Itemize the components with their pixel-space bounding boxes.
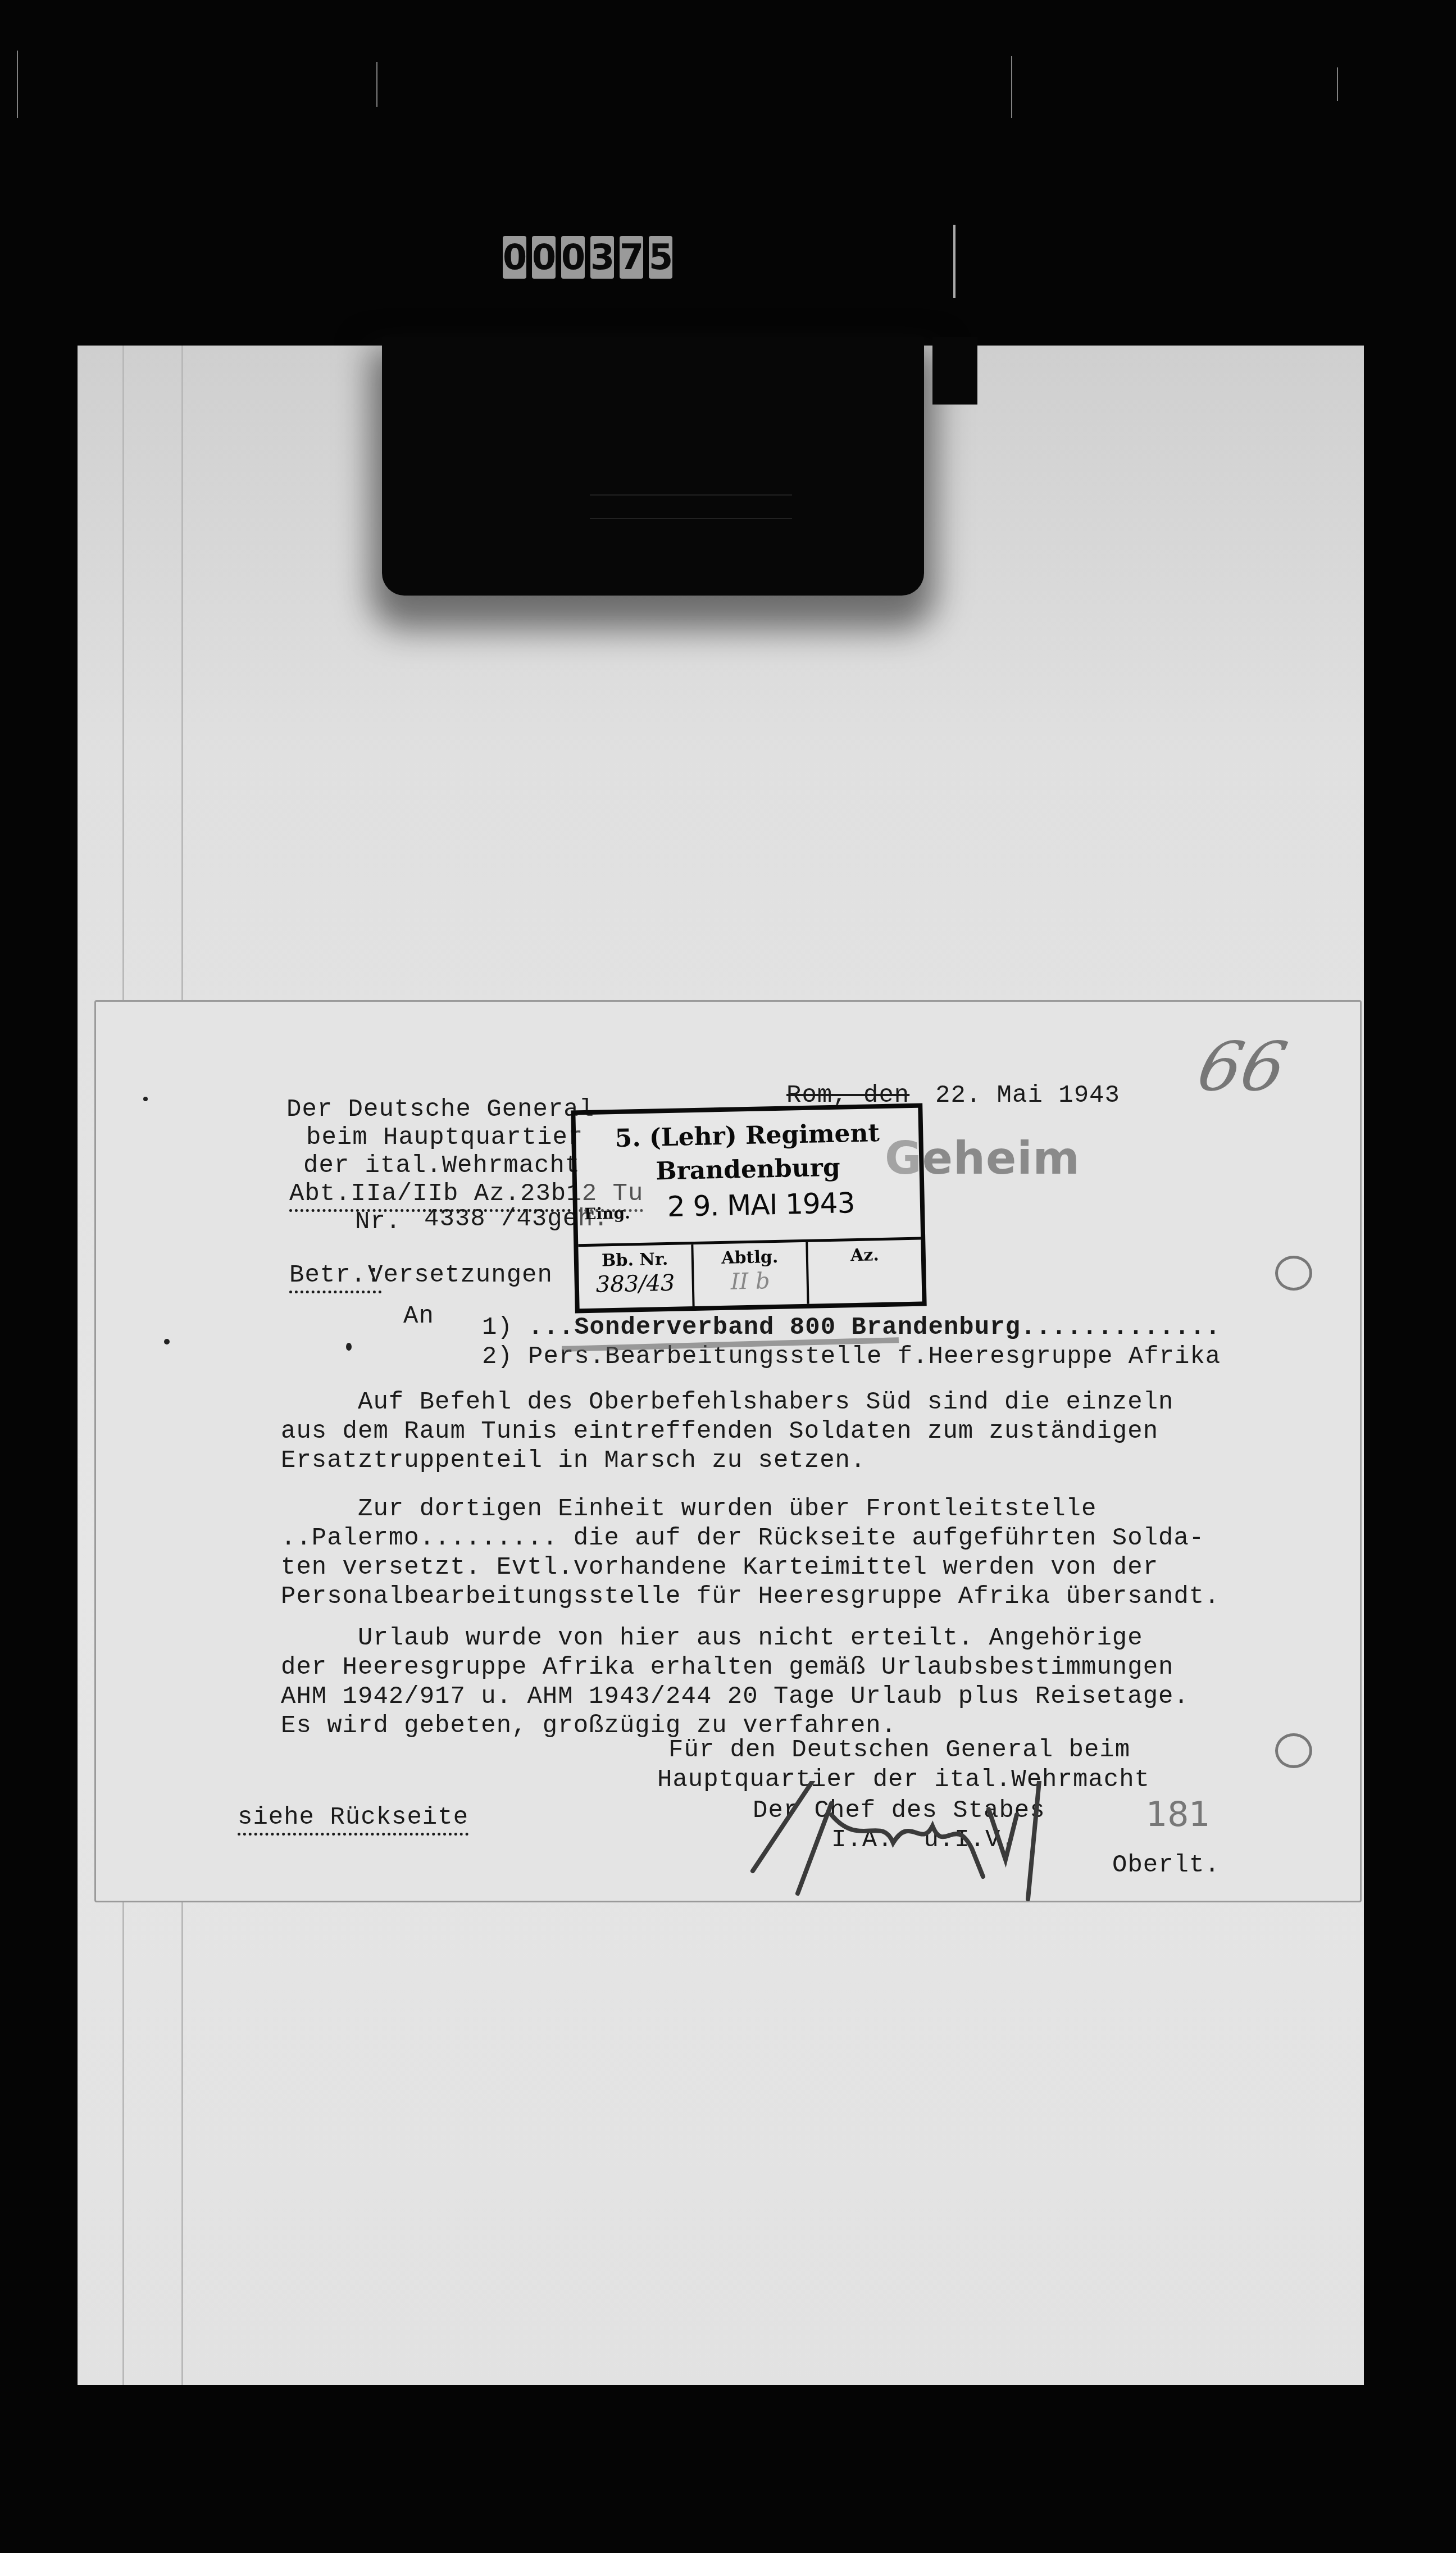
stamp-received-label: Eing. (584, 1203, 630, 1223)
stamp-unit-line-2: Brandenburg (576, 1152, 920, 1188)
sender-number-label: Nr. (355, 1208, 401, 1236)
sender-line-2: beim Hauptquartier (306, 1124, 583, 1152)
body-paragraph-1: Auf Befehl des Oberbefehlshabers Süd sin… (281, 1388, 1173, 1475)
stamp-unit-line-1: 5. (Lehr) Regiment (576, 1118, 919, 1154)
counter-digit: 0 (532, 236, 556, 279)
body-line: Ersatztruppenteil in Marsch zu setzen. (281, 1446, 1173, 1475)
stamp-cell-value (809, 1265, 922, 1268)
punch-hole (1275, 1733, 1312, 1768)
stamp-cell-bb-nr: Bb. Nr. 383/43 (578, 1244, 694, 1309)
stamp-cell-label: Az. (850, 1245, 879, 1265)
film-scratch (17, 51, 18, 118)
counter-mark (953, 225, 956, 298)
sender-line-1: Der Deutsche General (286, 1096, 594, 1124)
recipients-label: An (403, 1302, 434, 1330)
binder-clip (382, 337, 924, 596)
stamp-cell-label: Bb. Nr. (602, 1250, 668, 1270)
recipient-num: 2) (482, 1343, 513, 1371)
body-line: Zur dortigen Einheit wurden über Frontle… (281, 1494, 1220, 1524)
stamp-cell-label: Abtlg. (721, 1247, 779, 1268)
body-paragraph-3: Urlaub wurde von hier aus nicht erteilt.… (281, 1624, 1189, 1741)
closing-line-1: Für den Deutschen General beim (668, 1736, 1130, 1764)
body-line: der Heeresgruppe Afrika erhalten gemäß U… (281, 1653, 1189, 1682)
frame-counter: 0 0 0 3 7 5 (503, 236, 672, 279)
subject-value: Versetzungen (368, 1261, 553, 1289)
body-line: aus dem Raum Tunis eintreffenden Soldate… (281, 1417, 1173, 1446)
recipient-num: 1) (482, 1314, 513, 1342)
counter-digit: 0 (561, 236, 585, 279)
body-line: ..Palermo......... die auf der Rückseite… (281, 1524, 1220, 1553)
body-line: Urlaub wurde von hier aus nicht erteilt.… (281, 1624, 1189, 1653)
binder-clip-notch (932, 337, 977, 405)
folio-number: 66 (1191, 1028, 1293, 1106)
stamp-cell-value: 383/43 (579, 1270, 692, 1298)
film-scratch (1011, 56, 1012, 118)
stamp-cell-abtlg: Abtlg. II b (693, 1242, 809, 1306)
film-scratch (1337, 67, 1338, 101)
body-line: Auf Befehl des Oberbefehlshabers Süd sin… (281, 1388, 1173, 1417)
counter-digit: 5 (649, 236, 672, 279)
stray-mark (164, 1339, 170, 1344)
counter-digit: 0 (503, 236, 526, 279)
sender-line-3: der ital.Wehrmacht (303, 1152, 580, 1180)
counter-digit: 7 (620, 236, 643, 279)
see-reverse-note: siehe Rückseite (238, 1804, 468, 1836)
letter-date: 22. Mai 1943 (935, 1082, 1120, 1110)
stamp-received-date: 2 9. MAI 1943 (667, 1187, 855, 1223)
body-line: AHM 1942/917 u. AHM 1943/244 20 Tage Url… (281, 1682, 1189, 1711)
stray-mark (346, 1343, 352, 1351)
body-paragraph-2: Zur dortigen Einheit wurden über Frontle… (281, 1494, 1220, 1611)
punch-hole (1275, 1256, 1312, 1291)
handwritten-note: 181 (1146, 1795, 1211, 1834)
body-line: ten versetzt. Evtl.vorhandene Karteimitt… (281, 1553, 1220, 1582)
film-scratch (376, 62, 377, 107)
stray-mark (143, 1097, 148, 1101)
body-line: Personalbearbeitungsstelle für Heeresgru… (281, 1582, 1220, 1611)
stamp-grid: Bb. Nr. 383/43 Abtlg. II b Az. (578, 1237, 922, 1309)
stamp-cell-az: Az. (808, 1240, 922, 1304)
signature (747, 1781, 1140, 1927)
counter-digit: 3 (590, 236, 614, 279)
stamp-cell-value: II b (694, 1268, 807, 1296)
receipt-stamp: 5. (Lehr) Regiment Brandenburg Eing. 2 9… (571, 1103, 926, 1313)
binder-clip-slot (590, 494, 792, 519)
